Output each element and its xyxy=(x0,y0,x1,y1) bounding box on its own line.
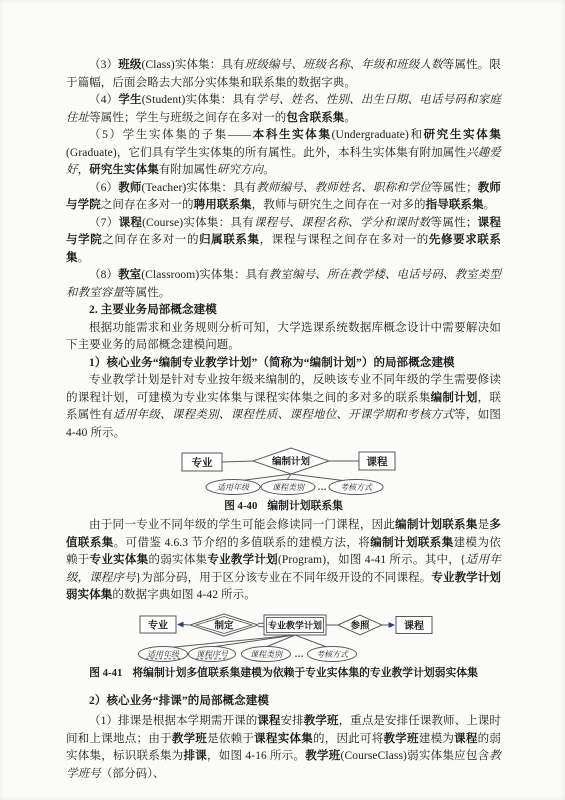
item-8-classroom-entity: （8）教室(Classroom)实体集：具有教室编号、所在教学楼、电话号码、教室… xyxy=(66,267,501,302)
para-program-plan: 专业教学计划是针对专业按年级来编制的，反映该专业不同年级的学生需要修读的课程计划… xyxy=(66,372,501,442)
figure-4-40-caption: 图 4-40编制计划联系集 xyxy=(66,499,501,513)
attribute-label: 适用年级 xyxy=(217,483,250,492)
arrowhead-left xyxy=(177,621,184,627)
weak-entity-label: 专业教学计划 xyxy=(268,619,322,630)
relationship-label: 制定 xyxy=(214,619,234,631)
body-text-middle: 由于同一专业不同年级的学生可能会修读同一门课程，因此编制计划联系集是多值联系集。… xyxy=(66,517,501,605)
heading-core-business-2: 2）核心业务“排课”的局部概念建模 xyxy=(66,693,501,711)
er-diagram-4-41: 专业 制定 专业教学计划 参照 课程 适用年级 课程序号 课程类别 … 考核方式 xyxy=(132,612,442,664)
entity-label: 专业 xyxy=(148,618,168,631)
attribute-label: 课程类别 xyxy=(272,483,306,492)
attribute-line xyxy=(170,635,295,648)
document-page: （3）班级(Class)实体集：具有班级编号、班级名称、年级和班级人数等属性。限… xyxy=(0,0,565,800)
er-diagram-4-40: 专业 编制计划 课程 适用年级 课程类别 … 考核方式 xyxy=(150,445,440,497)
item-4-student-entity: （4）学生(Student)实体集：具有学号、姓名、性别、出生日期、电话号码和家… xyxy=(66,92,501,127)
heading-core-business-1: 1）核心业务“编制专业教学计划”（简称为“编制计划”）的局部概念建模 xyxy=(66,355,501,373)
figure-4-40: 专业 编制计划 课程 适用年级 课程类别 … 考核方式 图 4-40编制计划联系… xyxy=(66,445,501,513)
entity-label: 专业 xyxy=(192,456,213,469)
heading-2-local-conceptual-modeling: 2. 主要业务局部概念建模 xyxy=(66,302,501,320)
connector-line xyxy=(222,461,253,462)
item-5-subset-entities: （5）学生实体集的子集——本科生实体集(Undergraduate)和研究生实体… xyxy=(66,127,501,180)
attribute-label: 课程类别 xyxy=(250,649,284,658)
figure-4-41-caption: 图 4-41将编制计划多值联系集建模为依赖于专业实体集的专业教学计划弱实体集 xyxy=(66,666,501,680)
item-7-course-entity: （7）课程(Course)实体集：具有课程号、课程名称、学分和课时数等属性；课程… xyxy=(66,215,501,268)
entity-label: 课程 xyxy=(367,455,388,468)
arrowhead-right xyxy=(389,622,396,628)
attribute-line xyxy=(295,635,328,648)
ellipsis: … xyxy=(295,649,304,659)
attribute-label-partial-key: 课程序号 xyxy=(196,649,229,658)
relationship-label: 参照 xyxy=(350,619,370,631)
body-text-bottom: 2）核心业务“排课”的局部概念建模（1）排课是根据本学期需开课的课程安排教学班，… xyxy=(66,693,501,784)
relationship-label: 编制计划 xyxy=(272,456,311,468)
figure-title: 编制计划联系集 xyxy=(267,500,343,512)
ellipsis: … xyxy=(318,482,327,492)
entity-label: 课程 xyxy=(404,619,424,632)
body-text-top: （3）班级(Class)实体集：具有班级编号、班级名称、年级和班级人数等属性。限… xyxy=(66,57,501,442)
figure-number: 图 4-40 xyxy=(224,500,257,512)
item-3-class-entity: （3）班级(Class)实体集：具有班级编号、班级名称、年级和班级人数等属性。限… xyxy=(66,57,501,92)
figure-title: 将编制计划多值联系集建模为依赖于专业实体集的专业教学计划弱实体集 xyxy=(132,667,478,679)
attribute-label: 考核方式 xyxy=(316,649,349,658)
item-6-teacher-entity: （6）教师(Teacher)实体集：具有教师编号、教师姓名、职称和学位等属性；教… xyxy=(66,180,501,215)
figure-number: 图 4-41 xyxy=(89,667,122,679)
attribute-label-partial-key: 适用年级 xyxy=(147,649,180,658)
attribute-line xyxy=(212,635,295,647)
para-scheduling: （1）排课是根据本学期需开课的课程安排教学班，重点是安排任课教师、上课时间和上课… xyxy=(66,713,501,783)
para-multivalued-relationship: 由于同一专业不同年级的学生可能会修读同一门课程，因此编制计划联系集是多值联系集。… xyxy=(66,517,501,605)
attribute-label: 考核方式 xyxy=(340,483,373,492)
para-modeling-intro: 根据功能需求和业务规则分析可知，大学选课系统数据库概念设计中需要解决如下主要业务… xyxy=(66,320,501,355)
figure-4-41: 专业 制定 专业教学计划 参照 课程 适用年级 课程序号 课程类别 … 考核方式… xyxy=(66,612,501,680)
